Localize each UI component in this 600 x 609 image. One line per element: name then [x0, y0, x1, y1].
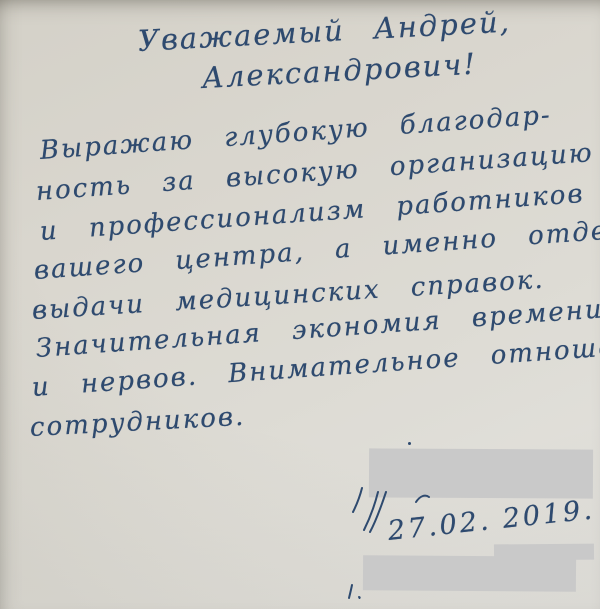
ink-speck — [408, 442, 411, 445]
salutation-line-2: Александрович! — [201, 47, 478, 95]
ink-mark-stroke — [346, 583, 376, 603]
body-line-8: сотрудников. — [29, 402, 246, 443]
redaction-box-3 — [363, 555, 576, 591]
handwritten-note-photo: Уважаемый Андрей, Александрович! Выражаю… — [0, 0, 600, 609]
